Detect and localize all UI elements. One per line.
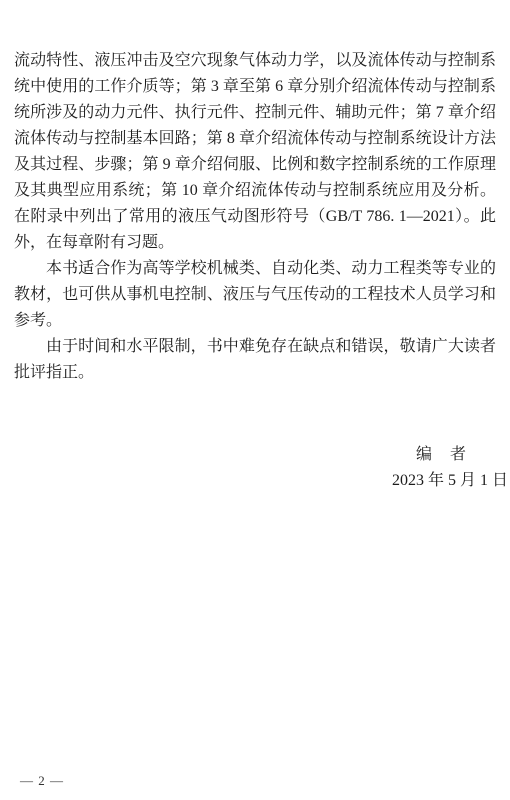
document-page: 流动特性、液压冲击及空穴现象气体动力学，以及流体传动与控制系统中使用的工作介质等… [0,0,510,800]
signature-block: 编 者 2023 年 5 月 1 日 [0,442,510,494]
signature-date: 2023 年 5 月 1 日 [0,468,510,494]
body-paragraph-errata: 由于时间和水平限制，书中难免存在缺点和错误，敬请广大读者批评指正。 [14,334,496,386]
page-body: 流动特性、液压冲击及空穴现象气体动力学，以及流体传动与控制系统中使用的工作介质等… [0,0,510,386]
author-signature: 编 者 [0,442,510,468]
page-number: — 2 — [20,773,64,789]
body-paragraph-audience: 本书适合作为高等学校机械类、自动化类、动力工程类等专业的教材，也可供从事机电控制… [14,256,496,334]
body-paragraph-continuation: 流动特性、液压冲击及空穴现象气体动力学，以及流体传动与控制系统中使用的工作介质等… [14,48,496,256]
